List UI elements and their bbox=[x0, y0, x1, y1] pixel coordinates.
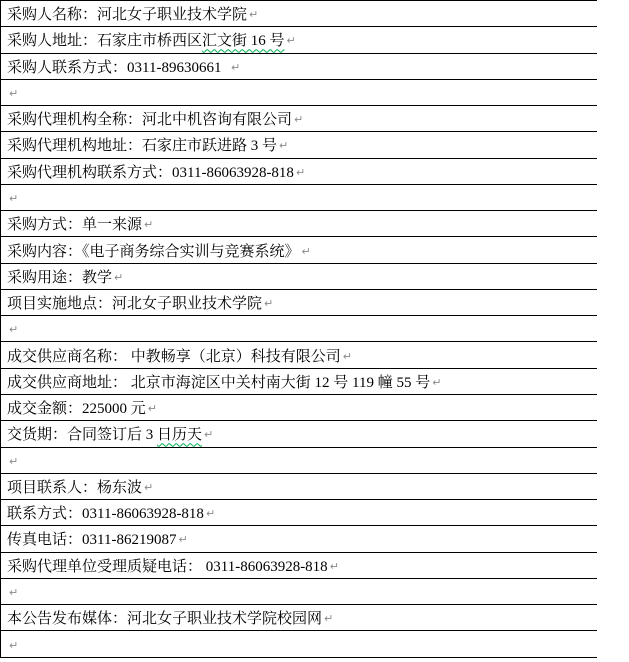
table-row: 采购内容：《电子商务综合实训与竞赛系统》↵ bbox=[1, 237, 597, 263]
table-row: 本公告发布媒体：河北女子职业技术学院校园网↵ bbox=[1, 605, 597, 631]
table-row: 成交金额：225000 元↵ bbox=[1, 395, 597, 421]
table-row-empty: ↵ bbox=[1, 579, 597, 605]
paragraph-mark-icon: ↵ bbox=[324, 613, 333, 624]
paragraph-mark-icon: ↵ bbox=[302, 246, 311, 257]
row-text: 采购人地址：石家庄市桥西区 bbox=[7, 29, 202, 50]
table-row: 交货期：合同签订后 3 日历天↵ bbox=[1, 421, 597, 447]
paragraph-mark-icon: ↵ bbox=[204, 429, 213, 440]
paragraph-mark-icon: ↵ bbox=[9, 193, 18, 204]
table-row: 成交供应商名称： 中教畅享（北京）科技有限公司↵ bbox=[1, 342, 597, 368]
table-row: 采购人地址：石家庄市桥西区汇文街 16 号↵ bbox=[1, 27, 597, 53]
table-row: 项目联系人：杨东波↵ bbox=[1, 474, 597, 500]
table-row: 采购人名称：河北女子职业技术学院↵ bbox=[1, 1, 597, 27]
paragraph-mark-icon: ↵ bbox=[114, 272, 123, 283]
table-row: 采购代理单位受理质疑电话： 0311-86063928-818↵ bbox=[1, 553, 597, 579]
table-row-empty: ↵ bbox=[1, 448, 597, 474]
paragraph-mark-icon: ↵ bbox=[294, 114, 303, 125]
table-row: 联系方式：0311-86063928-818↵ bbox=[1, 500, 597, 526]
row-text: 采购方式：单一来源 bbox=[7, 213, 142, 234]
row-text: 采购代理机构联系方式：0311-86063928-818 bbox=[7, 161, 294, 182]
table-row: 采购代理机构地址：石家庄市跃进路 3 号↵ bbox=[1, 132, 597, 158]
row-text: 采购用途：教学 bbox=[7, 266, 112, 287]
row-text: 采购人名称：河北女子职业技术学院 bbox=[7, 3, 247, 24]
row-text: 采购代理机构全称：河北中机咨询有限公司 bbox=[7, 108, 292, 129]
row-text: 成交供应商名称： 中教畅享（北京）科技有限公司 bbox=[7, 345, 341, 366]
row-text: 成交金额：225000 元 bbox=[7, 397, 146, 418]
table-row: 采购用途：教学↵ bbox=[1, 264, 597, 290]
table-row-empty: ↵ bbox=[1, 316, 597, 342]
paragraph-mark-icon: ↵ bbox=[178, 534, 187, 545]
paragraph-mark-icon: ↵ bbox=[279, 140, 288, 151]
paragraph-mark-icon: ↵ bbox=[148, 403, 157, 414]
table-row-empty: ↵ bbox=[1, 631, 597, 657]
table-row: 采购方式：单一来源↵ bbox=[1, 211, 597, 237]
paragraph-mark-icon: ↵ bbox=[206, 508, 215, 519]
row-text: 采购人联系方式：0311-89630661 bbox=[7, 56, 229, 77]
paragraph-mark-icon: ↵ bbox=[264, 298, 273, 309]
row-text: 交货期：合同签订后 3 bbox=[7, 423, 157, 444]
table-row-empty: ↵ bbox=[1, 185, 597, 211]
row-text: 联系方式：0311-86063928-818 bbox=[7, 502, 204, 523]
grammar-underlined-text: 日历天 bbox=[157, 423, 202, 444]
paragraph-mark-icon: ↵ bbox=[9, 324, 18, 335]
paragraph-mark-icon: ↵ bbox=[287, 35, 296, 46]
row-text: 项目实施地点：河北女子职业技术学院 bbox=[7, 292, 262, 313]
grammar-underlined-text: 汇文街 16 号 bbox=[202, 29, 285, 50]
paragraph-mark-icon: ↵ bbox=[144, 219, 153, 230]
announcement-table: 采购人名称：河北女子职业技术学院↵采购人地址：石家庄市桥西区汇文街 16 号↵采… bbox=[0, 0, 597, 658]
row-text: 项目联系人：杨东波 bbox=[7, 476, 142, 497]
table-row: 采购人联系方式：0311-89630661 ↵ bbox=[1, 54, 597, 80]
paragraph-mark-icon: ↵ bbox=[9, 640, 18, 651]
row-text: 成交供应商地址： 北京市海淀区中关村南大街 12 号 119 幢 55 号 bbox=[7, 371, 430, 392]
row-text: 采购内容：《电子商务综合实训与竞赛系统》 bbox=[7, 240, 300, 261]
paragraph-mark-icon: ↵ bbox=[9, 587, 18, 598]
row-text: 传真电话：0311-86219087 bbox=[7, 528, 176, 549]
table-row-empty: ↵ bbox=[1, 80, 597, 106]
paragraph-mark-icon: ↵ bbox=[144, 482, 153, 493]
table-row: 项目实施地点：河北女子职业技术学院↵ bbox=[1, 290, 597, 316]
table-row: 成交供应商地址： 北京市海淀区中关村南大街 12 号 119 幢 55 号↵ bbox=[1, 369, 597, 395]
row-text: 本公告发布媒体：河北女子职业技术学院校园网 bbox=[7, 607, 322, 628]
paragraph-mark-icon: ↵ bbox=[343, 351, 352, 362]
paragraph-mark-icon: ↵ bbox=[231, 62, 240, 73]
table-row: 采购代理机构全称：河北中机咨询有限公司↵ bbox=[1, 106, 597, 132]
paragraph-mark-icon: ↵ bbox=[432, 377, 441, 388]
paragraph-mark-icon: ↵ bbox=[296, 167, 305, 178]
table-row: 采购代理机构联系方式：0311-86063928-818↵ bbox=[1, 159, 597, 185]
row-text: 采购代理单位受理质疑电话： 0311-86063928-818 bbox=[7, 555, 328, 576]
paragraph-mark-icon: ↵ bbox=[249, 9, 258, 20]
paragraph-mark-icon: ↵ bbox=[330, 561, 339, 572]
row-text: 采购代理机构地址：石家庄市跃进路 3 号 bbox=[7, 134, 277, 155]
table-row: 传真电话：0311-86219087↵ bbox=[1, 526, 597, 552]
paragraph-mark-icon: ↵ bbox=[9, 88, 18, 99]
paragraph-mark-icon: ↵ bbox=[9, 456, 18, 467]
